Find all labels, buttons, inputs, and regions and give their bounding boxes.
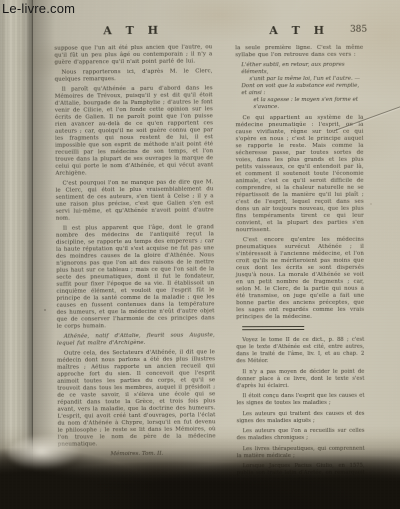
running-head-right-label: A T H [269,24,329,37]
dictionary-entry: Athénée, natif d'Attalie, fleurit sous A… [57,332,215,347]
footnote: Les livres thérapeutiques, qui comprenne… [237,445,365,459]
signature-mark: C 4. [237,501,365,509]
footnote: Voyez le tome II de ce dict., p. 88 ; c'… [236,337,364,365]
body-paragraph: C'est pourquoi l'on ne manque pas de dir… [55,179,213,222]
left-column: A T H suppose que l'un ait été plus anci… [54,23,216,458]
running-head-left-label: A T H [103,24,163,38]
body-paragraph: Ce qui appartient au système de la médec… [235,115,363,234]
body-paragraph: Il paroît qu'Athénée a paru d'abord dans… [55,85,214,177]
right-column: A T H 385 la seule première ligne. C'est… [235,24,365,509]
body-paragraph: Outre cela, des Sectateurs d'Athénée, il… [57,349,216,448]
running-head-left: A T H [54,23,212,40]
page-curl-highlight [8,436,82,470]
footnote: Il n'y a pas moyen de décider le point d… [236,368,364,389]
gutter-shadow [33,0,55,509]
running-head-right: A T H 385 [235,24,363,40]
verse-quote: L'éther subtil, en retour, aux propres é… [241,62,363,111]
body-paragraph: suppose que l'un ait été plus ancien que… [54,44,212,66]
body-paragraph: Il est plus apparent que l'âge, dont le … [56,224,215,330]
section-rule [242,326,304,330]
verse-line: Dont on voit que la substance est rempli… [241,83,363,97]
footnote: Lorsque Jacques Pacius Giulio, en 1575, … [237,463,365,498]
page-number: 385 [350,25,367,35]
footnote: Les auteurs qui traitent des causes et d… [237,410,365,424]
verse-line: et la sagesse : le moyen s'en forme et s… [253,97,363,111]
footnote: Il étoit conçu dans l'esprit que les cau… [236,393,364,407]
page-edge-texture [0,0,33,509]
body-paragraph: la seule première ligne. C'est la même s… [235,45,363,59]
footnote: Les auteurs que l'on a recueillis sur ce… [237,428,365,442]
body-paragraph: Nous rapporterons ici, d'après M. le Cle… [55,68,213,83]
book-page-scan: Le-livre.com A T H suppose que l'un ait … [0,0,400,509]
body-paragraph: C'est encore qu'entre les médecins pneum… [236,237,364,321]
watermark-text: Le-livre.com [2,1,75,16]
verse-line: L'éther subtil, en retour, aux propres é… [241,62,363,76]
